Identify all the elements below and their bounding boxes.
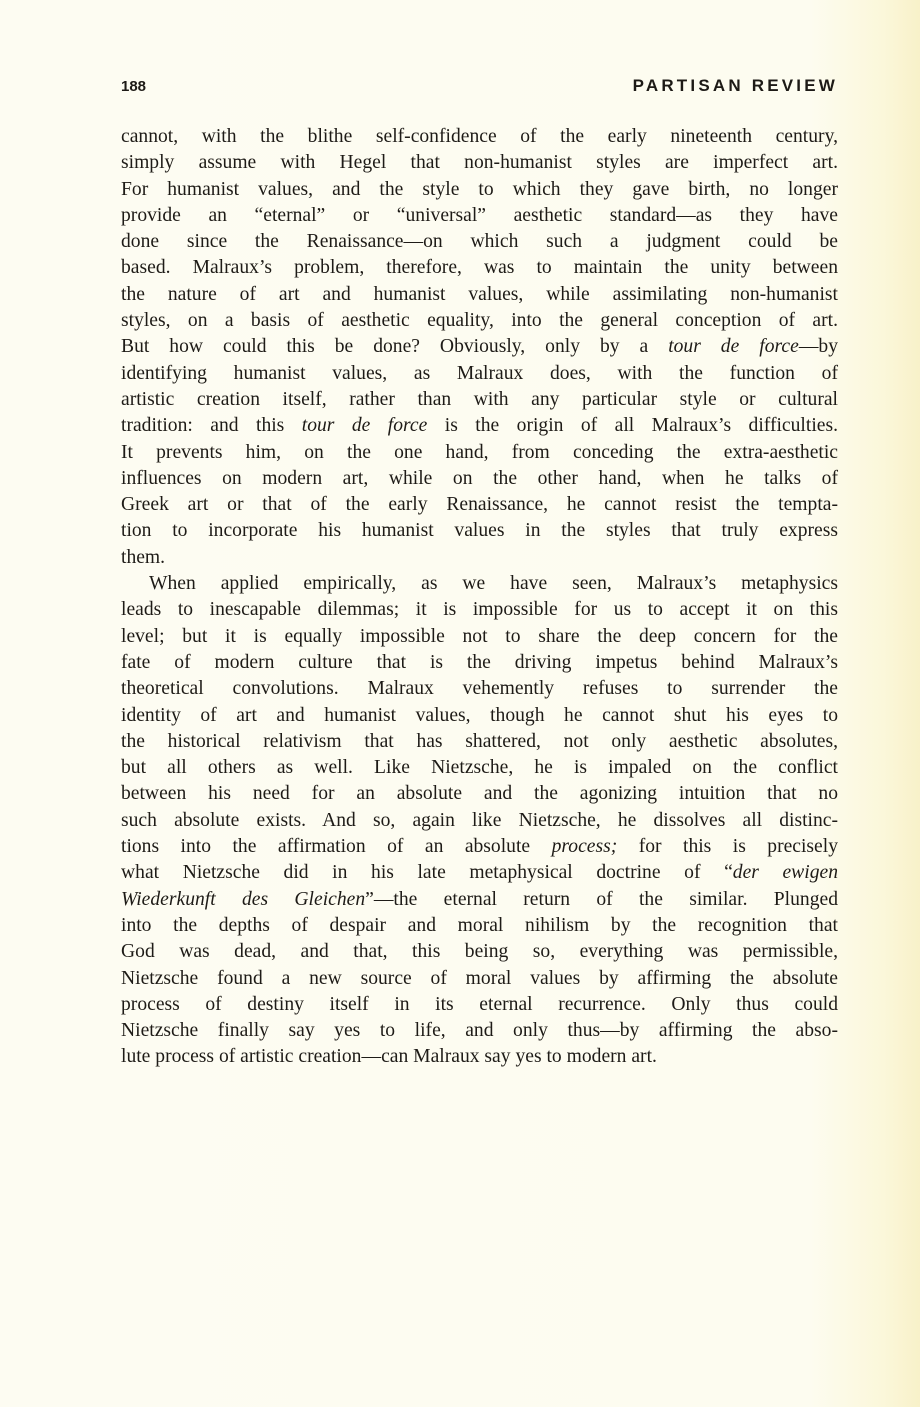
text-segment: Greek art or that of the early Renaissan…: [121, 494, 838, 515]
text-segment: But how could this be done? Obviously, o…: [121, 336, 668, 357]
italic-phrase: tour de force: [668, 336, 799, 357]
book-page: 188 PARTISAN REVIEW cannot, with the bli…: [0, 0, 920, 1407]
text-line: the nature of art and humanist values, w…: [121, 282, 838, 308]
text-segment: styles, on a basis of aesthetic equality…: [121, 310, 838, 331]
text-segment: the historical relativism that has shatt…: [121, 731, 838, 752]
text-segment: God was dead, and that, this being so, e…: [121, 941, 838, 962]
text-segment: such absolute exists. And so, again like…: [121, 810, 838, 831]
text-segment: tions into the affirmation of an absolut…: [121, 836, 552, 857]
text-segment: is the origin of all Malraux’s difficult…: [427, 415, 838, 436]
text-segment: When applied empirically, as we have see…: [149, 573, 838, 594]
text-segment: theoretical convolutions. Malraux veheme…: [121, 678, 838, 699]
text-segment: between his need for an absolute and the…: [121, 783, 838, 804]
text-line: the historical relativism that has shatt…: [121, 729, 838, 755]
text-line: God was dead, and that, this being so, e…: [121, 939, 838, 965]
text-line: styles, on a basis of aesthetic equality…: [121, 308, 838, 334]
text-segment: done since the Renaissance—on which such…: [121, 231, 838, 252]
text-line: into the depths of despair and moral nih…: [121, 913, 838, 939]
text-segment: process of destiny itself in its eternal…: [121, 994, 838, 1015]
text-segment: influences on modern art, while on the o…: [121, 468, 838, 489]
text-segment: cannot, with the blithe self-confidence …: [121, 126, 838, 147]
text-line: cannot, with the blithe self-confidence …: [121, 124, 838, 150]
text-line: But how could this be done? Obviously, o…: [121, 334, 838, 360]
text-segment: identity of art and humanist values, tho…: [121, 705, 838, 726]
text-line: For humanist values, and the style to wh…: [121, 177, 838, 203]
text-line: between his need for an absolute and the…: [121, 781, 838, 807]
text-segment: fate of modern culture that is the drivi…: [121, 652, 838, 673]
text-line: provide an “eternal” or “universal” aest…: [121, 203, 838, 229]
text-line: Greek art or that of the early Renaissan…: [121, 492, 838, 518]
text-segment: identifying humanist values, as Malraux …: [121, 363, 838, 384]
text-segment: level; but it is equally impossible not …: [121, 626, 838, 647]
body-text: cannot, with the blithe self-confidence …: [121, 124, 838, 1071]
text-line: Nietzsche found a new source of moral va…: [121, 966, 838, 992]
text-segment: tion to incorporate his humanist values …: [121, 520, 838, 541]
text-line: When applied empirically, as we have see…: [121, 571, 838, 597]
text-segment: but all others as well. Like Nietzsche, …: [121, 757, 838, 778]
text-line: what Nietzsche did in his late metaphysi…: [121, 860, 838, 886]
text-segment: based. Malraux’s problem, therefore, was…: [121, 257, 838, 278]
text-line: such absolute exists. And so, again like…: [121, 808, 838, 834]
text-line: based. Malraux’s problem, therefore, was…: [121, 255, 838, 281]
text-segment: For humanist values, and the style to wh…: [121, 179, 838, 200]
text-segment: It prevents him, on the one hand, from c…: [121, 442, 838, 463]
text-segment: for this is precisely: [617, 836, 838, 857]
text-segment: tradition: and this: [121, 415, 302, 436]
text-line: done since the Renaissance—on which such…: [121, 229, 838, 255]
text-line: artistic creation itself, rather than wi…: [121, 387, 838, 413]
text-segment: lute process of artistic creation—can Ma…: [121, 1046, 657, 1067]
text-line: lute process of artistic creation—can Ma…: [121, 1044, 838, 1070]
text-line: Nietzsche finally say yes to life, and o…: [121, 1018, 838, 1044]
italic-phrase: process;: [552, 836, 618, 857]
text-line: theoretical convolutions. Malraux veheme…: [121, 676, 838, 702]
text-segment: the nature of art and humanist values, w…: [121, 284, 838, 305]
italic-phrase: der ewigen: [733, 862, 838, 883]
text-line: Wiederkunft des Gleichen”—the eternal re…: [121, 887, 838, 913]
italic-phrase: tour de force: [302, 415, 428, 436]
text-segment: Nietzsche found a new source of moral va…: [121, 968, 838, 989]
text-line: identifying humanist values, as Malraux …: [121, 361, 838, 387]
text-line: but all others as well. Like Nietzsche, …: [121, 755, 838, 781]
text-line: It prevents him, on the one hand, from c…: [121, 440, 838, 466]
text-segment: them.: [121, 547, 165, 568]
text-line: leads to inescapable dilemmas; it is imp…: [121, 597, 838, 623]
text-segment: ”—the eternal return of the similar. Plu…: [365, 889, 838, 910]
text-line: tions into the affirmation of an absolut…: [121, 834, 838, 860]
running-head: PARTISAN REVIEW: [633, 76, 838, 96]
text-line: influences on modern art, while on the o…: [121, 466, 838, 492]
text-line: tradition: and this tour de force is the…: [121, 413, 838, 439]
text-segment: artistic creation itself, rather than wi…: [121, 389, 838, 410]
text-line: them.: [121, 545, 838, 571]
text-segment: —by: [799, 336, 838, 357]
text-segment: Nietzsche finally say yes to life, and o…: [121, 1020, 838, 1041]
page-number: 188: [121, 78, 146, 95]
text-line: fate of modern culture that is the drivi…: [121, 650, 838, 676]
text-line: simply assume with Hegel that non-humani…: [121, 150, 838, 176]
text-segment: simply assume with Hegel that non-humani…: [121, 152, 838, 173]
text-segment: into the depths of despair and moral nih…: [121, 915, 838, 936]
italic-phrase: Wiederkunft des Gleichen: [121, 889, 365, 910]
text-segment: leads to inescapable dilemmas; it is imp…: [121, 599, 838, 620]
text-segment: provide an “eternal” or “universal” aest…: [121, 205, 838, 226]
text-line: level; but it is equally impossible not …: [121, 624, 838, 650]
text-line: process of destiny itself in its eternal…: [121, 992, 838, 1018]
page-header: 188 PARTISAN REVIEW: [121, 76, 838, 100]
text-line: identity of art and humanist values, tho…: [121, 703, 838, 729]
text-line: tion to incorporate his humanist values …: [121, 518, 838, 544]
text-segment: what Nietzsche did in his late metaphysi…: [121, 862, 733, 883]
